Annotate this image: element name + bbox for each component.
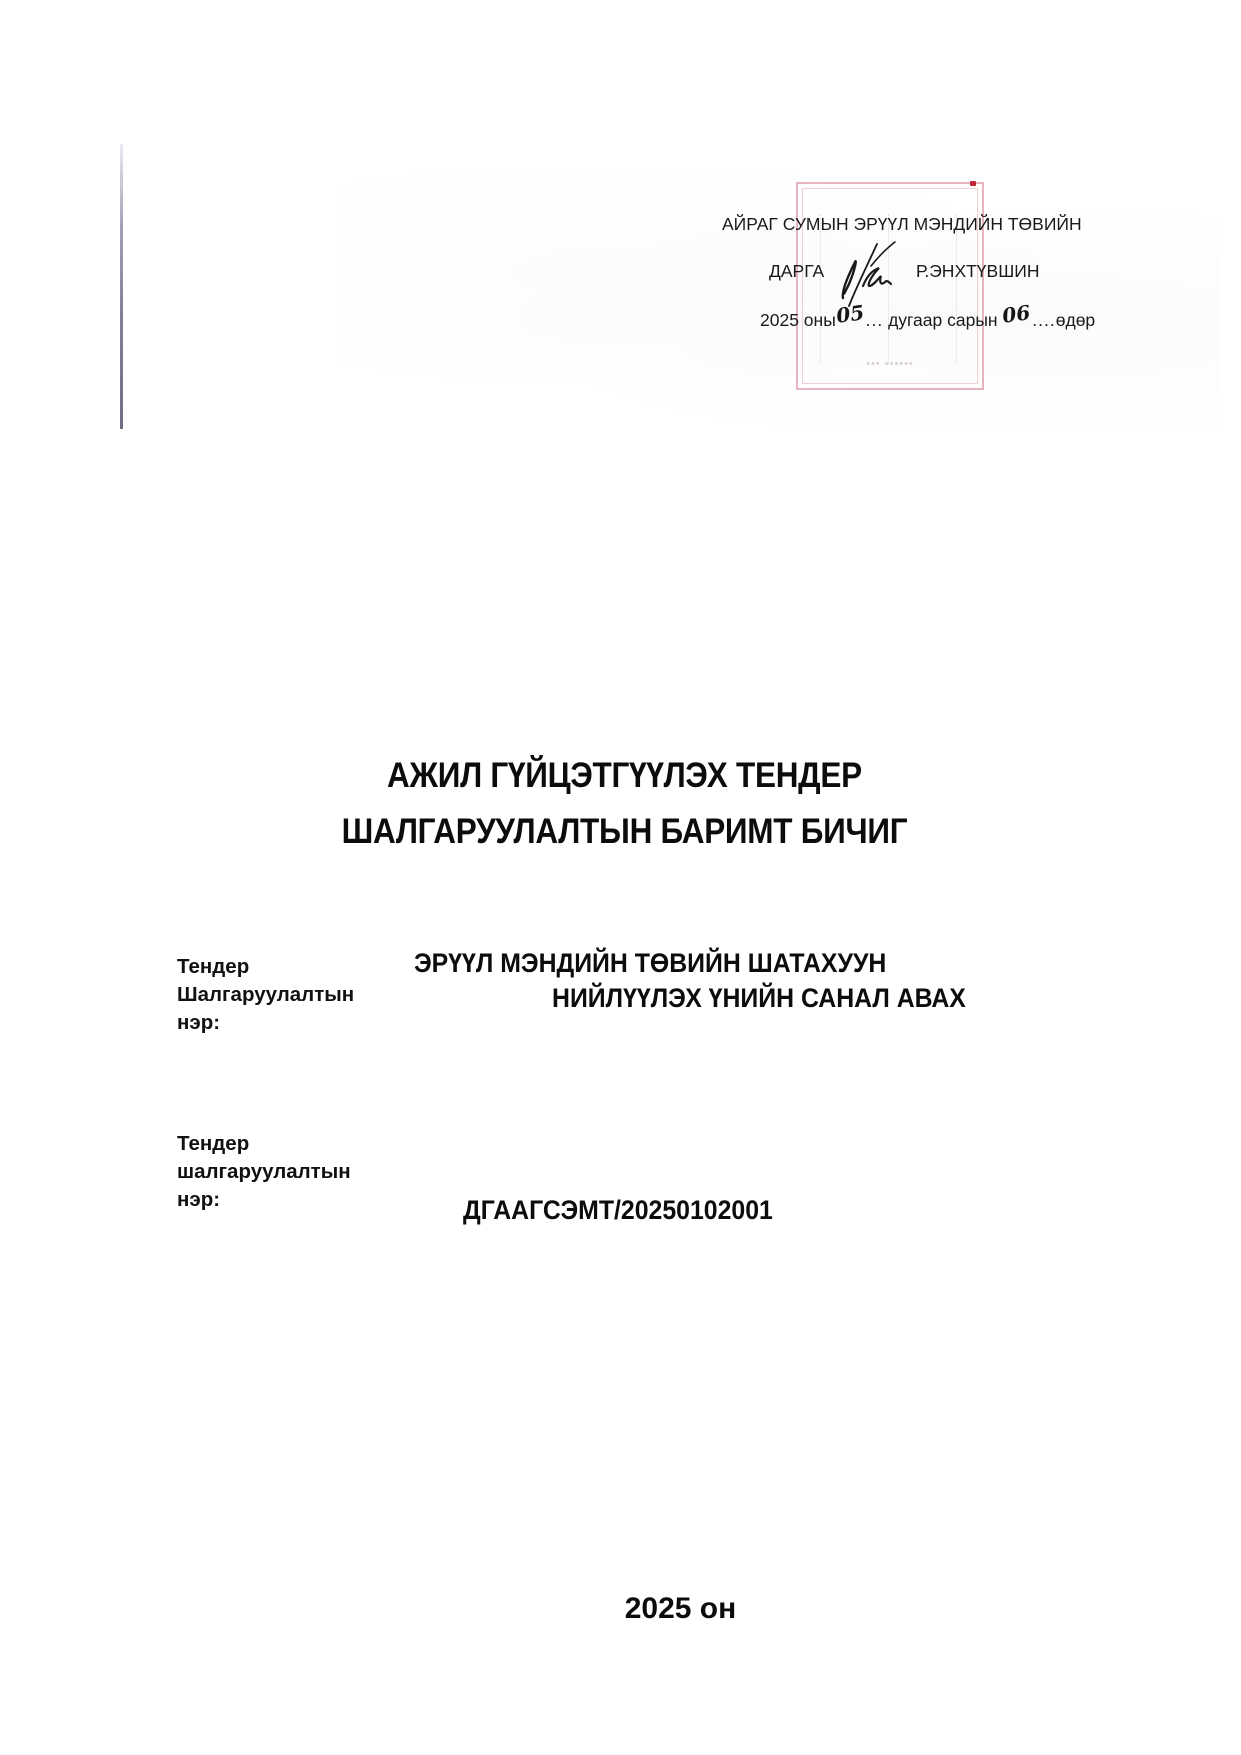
approval-date: 2025 оны05... дугаар сарын 06....өдөр (760, 307, 1095, 331)
month-dots: ... (866, 310, 884, 330)
stamp-text-column (956, 214, 965, 364)
label-line: нэр: (177, 1009, 354, 1037)
handwritten-day: 06 (1001, 300, 1032, 328)
tender-code-label: Тендер шалгаруулалтын нэр: (177, 1130, 351, 1214)
signature-icon (833, 240, 913, 310)
title-line-1: АЖИЛ ГҮЙЦЭТГҮҮЛЭХ ТЕНДЕР (66, 748, 1183, 804)
tender-name-value-line-2: НИЙЛҮҮЛЭХ ҮНИЙН САНАЛ АВАХ (552, 983, 966, 1014)
label-line: нэр: (177, 1186, 351, 1214)
approval-name: Р.ЭНХТҮВШИН (916, 261, 1039, 282)
day-dots: .... (1032, 310, 1055, 330)
title-line-2: ШАЛГАРУУЛАЛТЫН БАРИМТ БИЧИГ (66, 804, 1183, 860)
scan-noise (340, 170, 1220, 430)
label-line: Тендер (177, 953, 354, 981)
document-title: АЖИЛ ГҮЙЦЭТГҮҮЛЭХ ТЕНДЕР ШАЛГАРУУЛАЛТЫН … (66, 748, 1183, 860)
tender-code-value: ДГААГСЭМТ/20250102001 (463, 1195, 773, 1226)
approval-organization: АЙРАГ СУМЫН ЭРҮҮЛ МЭНДИЙН ТӨВИЙН (722, 214, 1082, 235)
scan-edge-line (120, 144, 123, 429)
date-month-suffix: дугаар сарын (888, 310, 997, 330)
label-line: шалгаруулалтын (177, 1158, 351, 1186)
date-year-prefix: 2025 оны (760, 310, 836, 330)
date-day-suffix: өдөр (1056, 310, 1095, 330)
stamp-register-text: ••• •••••• (798, 358, 982, 370)
tender-name-label: Тендер Шалгаруулалтын нэр: (177, 953, 354, 1037)
document-page: ••• •••••• АЙРАГ СУМЫН ЭРҮҮЛ МЭНДИЙН ТӨВ… (0, 0, 1241, 1755)
approval-position: ДАРГА (769, 261, 824, 282)
tender-name-value-line-1: ЭРҮҮЛ МЭНДИЙН ТӨВИЙН ШАТАХУУН (414, 948, 886, 979)
document-year: 2025 он (0, 1592, 1241, 1626)
stamp-mark (970, 181, 976, 186)
label-line: Шалгаруулалтын (177, 981, 354, 1009)
stamp-text-column (820, 214, 829, 364)
label-line: Тендер (177, 1130, 351, 1158)
